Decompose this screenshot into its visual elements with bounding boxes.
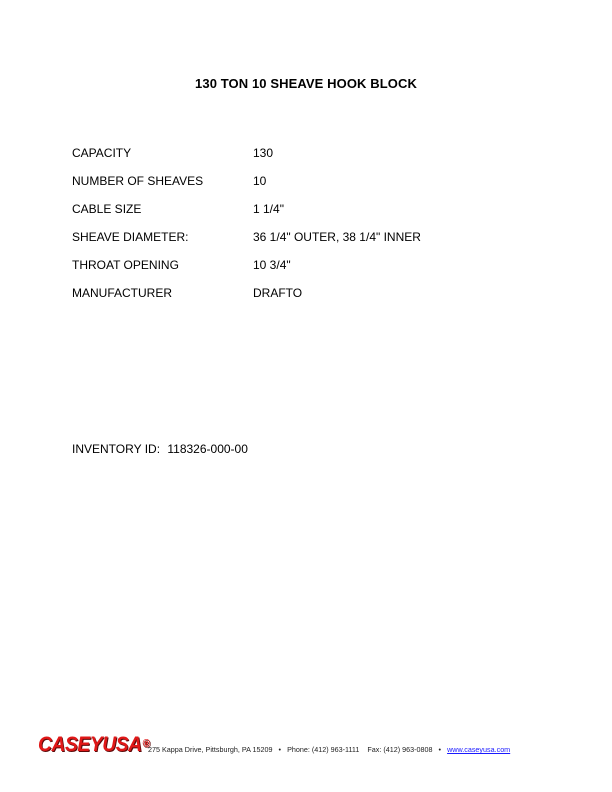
caseyusa-logo: CASEYUSA® <box>38 734 150 756</box>
website-link[interactable]: www.caseyusa.com <box>447 745 510 754</box>
spec-label: MANUFACTURER <box>72 286 172 300</box>
spec-value: DRAFTO <box>253 286 302 300</box>
spec-value: 10 3/4" <box>253 258 291 272</box>
inventory-value: 118326-000-00 <box>167 442 248 456</box>
inventory-id: INVENTORY ID: 118326-000-00 <box>72 442 248 456</box>
contact-info: 275 Kappa Drive, Pittsburgh, PA 15209 • … <box>148 745 510 754</box>
spec-label: SHEAVE DIAMETER: <box>72 230 188 244</box>
phone: Phone: (412) 963-1111 <box>287 745 359 754</box>
spec-label: NUMBER OF SHEAVES <box>72 174 203 188</box>
spec-value: 10 <box>253 174 266 188</box>
inventory-label: INVENTORY ID: <box>72 442 160 456</box>
fax: Fax: (412) 963-0808 <box>367 745 432 754</box>
spec-value: 36 1/4" OUTER, 38 1/4" INNER <box>253 230 421 244</box>
address: 275 Kappa Drive, Pittsburgh, PA 15209 <box>148 745 273 754</box>
spec-label: CABLE SIZE <box>72 202 141 216</box>
logo-text: CASEYUSA <box>38 733 142 756</box>
spec-label: THROAT OPENING <box>72 258 179 272</box>
bullet-separator-icon: • <box>279 745 282 754</box>
spec-value: 130 <box>253 146 273 160</box>
spec-value: 1 1/4" <box>253 202 284 216</box>
spec-label: CAPACITY <box>72 146 131 160</box>
bullet-separator-icon: • <box>439 745 442 754</box>
page-title: 130 TON 10 SHEAVE HOOK BLOCK <box>0 76 612 91</box>
